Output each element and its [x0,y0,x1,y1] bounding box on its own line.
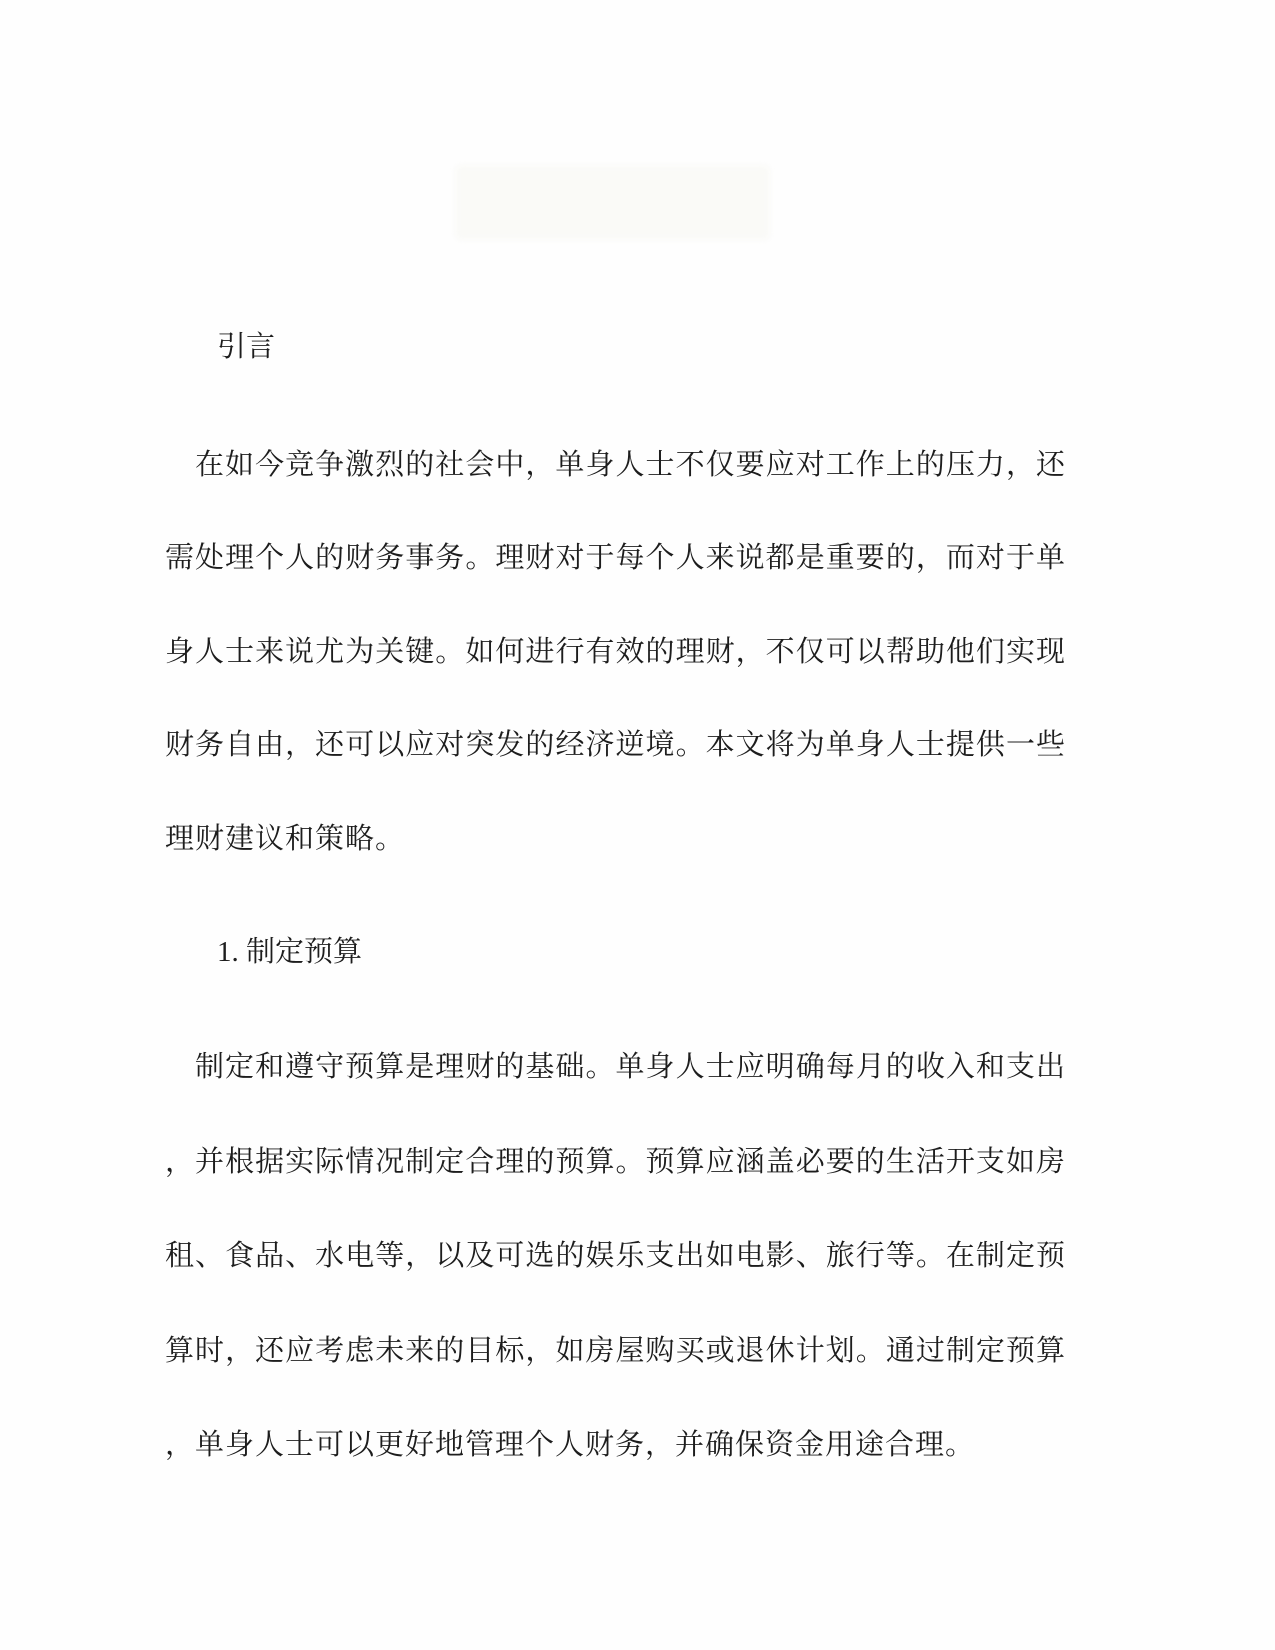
paragraph-line: 算时，还应考虑未来的目标，如房屋购买或退休计划。通过制定预算 [165,1332,1065,1370]
intro-heading: 引言 [165,328,1065,366]
paragraph-line: 制定和遵守预算是理财的基础。单身人士应明确每月的收入和支出 [165,1048,1065,1086]
faded-title-smudge [455,165,770,240]
paragraph-line: ，单身人士可以更好地管理个人财务，并确保资金用途合理。 [165,1426,1065,1464]
paragraph-line: 财务自由，还可以应对突发的经济逆境。本文将为单身人士提供一些 [165,726,1065,764]
paragraph-line: ，并根据实际情况制定合理的预算。预算应涵盖必要的生活开支如房 [165,1143,1065,1181]
paragraph-line: 身人士来说尤为关键。如何进行有效的理财，不仅可以帮助他们实现 [165,633,1065,671]
paragraph-line: 在如今竞争激烈的社会中，单身人士不仅要应对工作上的压力，还 [165,446,1065,484]
paragraph-line: 需处理个人的财务事务。理财对于每个人来说都是重要的，而对于单 [165,539,1065,577]
paragraph-line: 租、食品、水电等，以及可选的娱乐支出如电影、旅行等。在制定预 [165,1237,1065,1275]
paragraph-line: 理财建议和策略。 [165,820,1065,858]
document-page: 引言 在如今竞争激烈的社会中，单身人士不仅要应对工作上的压力，还 需处理个人的财… [0,0,1275,1650]
section-1-heading: 1. 制定预算 [165,933,1065,971]
